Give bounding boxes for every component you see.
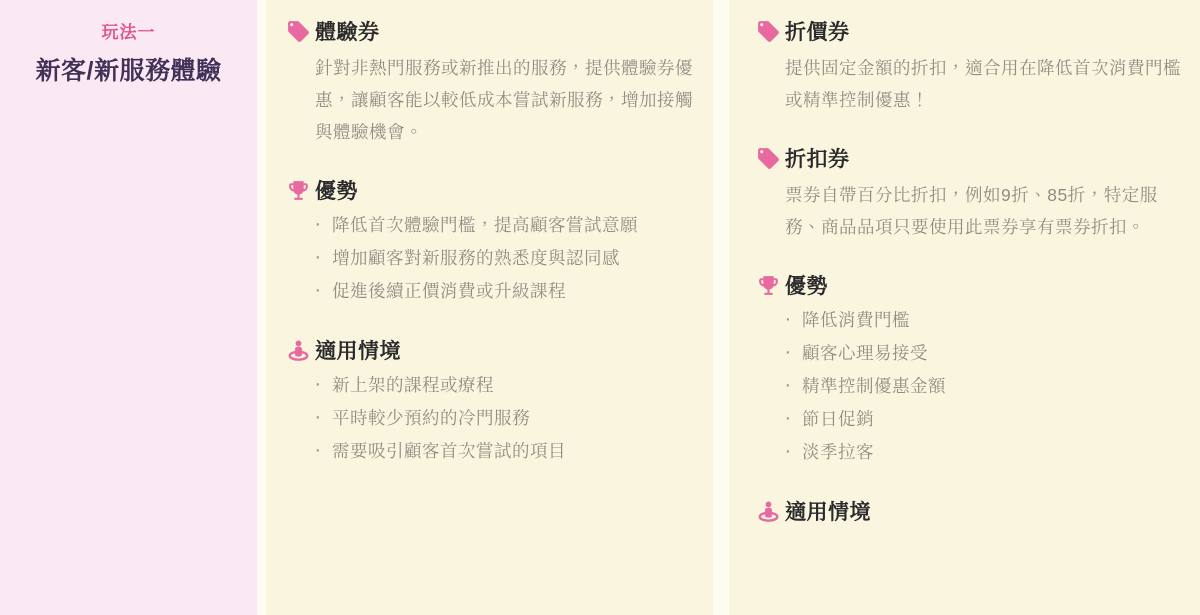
- list-item: ‧平時較少預約的冷門服務: [315, 402, 699, 435]
- list-item: ‧淡季拉客: [785, 436, 1186, 469]
- experience-voucher-column: 體驗券 針對非熱門服務或新推出的服務，提供體驗券優惠，讓顧客能以較低成本嘗試新服…: [266, 0, 713, 615]
- bullet-marker: ‧: [315, 242, 332, 275]
- tag-icon: [755, 145, 782, 172]
- person-pin-icon: [755, 498, 782, 525]
- section-experience-voucher: 體驗券 針對非熱門服務或新推出的服務，提供體驗券優惠，讓顧客能以較低成本嘗試新服…: [285, 16, 699, 148]
- bullet-marker: ‧: [315, 435, 332, 468]
- section-header: 適用情境: [285, 335, 699, 365]
- bullet-marker: ‧: [785, 436, 802, 469]
- section-advantages: 優勢 ‧降低消費門檻‧顧客心理易接受‧精準控制優惠金額‧節日促銷‧淡季拉客: [755, 270, 1186, 469]
- advantages-list: ‧降低消費門檻‧顧客心理易接受‧精準控制優惠金額‧節日促銷‧淡季拉客: [785, 304, 1186, 469]
- list-item-text: 促進後續正價消費或升級課程: [332, 275, 566, 308]
- section-paragraph: 提供固定金額的折扣，適合用在降低首次消費門檻或精準控制優惠！: [785, 52, 1186, 116]
- list-item: ‧增加顧客對新服務的熟悉度與認同感: [315, 242, 699, 275]
- list-item: ‧降低首次體驗門檻，提高顧客嘗試意願: [315, 209, 699, 242]
- section-advantages: 優勢 ‧降低首次體驗門檻，提高顧客嘗試意願‧增加顧客對新服務的熟悉度與認同感‧促…: [285, 175, 699, 308]
- playbook-title: 新客/新服務體驗: [0, 51, 257, 87]
- tag-icon: [285, 18, 312, 45]
- section-title: 優勢: [785, 270, 828, 300]
- bullet-marker: ‧: [315, 369, 332, 402]
- section-paragraph: 針對非熱門服務或新推出的服務，提供體驗券優惠，讓顧客能以較低成本嘗試新服務，增加…: [315, 52, 699, 148]
- list-item-text: 顧客心理易接受: [802, 337, 928, 370]
- list-item-text: 淡季拉客: [802, 436, 874, 469]
- list-item: ‧新上架的課程或療程: [315, 369, 699, 402]
- list-item-text: 精準控制優惠金額: [802, 370, 946, 403]
- section-percent-off-coupon: 折扣券 票券自帶百分比折扣，例如9折、85折，特定服務、商品品項只要使用此票券享…: [755, 143, 1186, 243]
- advantages-list: ‧降低首次體驗門檻，提高顧客嘗試意願‧增加顧客對新服務的熟悉度與認同感‧促進後續…: [315, 209, 699, 308]
- section-header: 折扣券: [755, 143, 1186, 173]
- bullet-marker: ‧: [315, 209, 332, 242]
- bullet-marker: ‧: [785, 370, 802, 403]
- section-header: 折價券: [755, 16, 1186, 46]
- bullet-marker: ‧: [785, 403, 802, 436]
- list-item-text: 新上架的課程或療程: [332, 369, 494, 402]
- list-item-text: 平時較少預約的冷門服務: [332, 402, 530, 435]
- section-paragraph: 票券自帶百分比折扣，例如9折、85折，特定服務、商品品項只要使用此票券享有票券折…: [785, 179, 1186, 243]
- section-title: 優勢: [315, 175, 358, 205]
- section-money-off-coupon: 折價券 提供固定金額的折扣，適合用在降低首次消費門檻或精準控制優惠！: [755, 16, 1186, 116]
- sidebar-panel: 玩法一 新客/新服務體驗: [0, 0, 257, 615]
- list-item-text: 需要吸引顧客首次嘗試的項目: [332, 435, 566, 468]
- list-item-text: 降低消費門檻: [802, 304, 910, 337]
- list-item: ‧促進後續正價消費或升級課程: [315, 275, 699, 308]
- section-title: 折價券: [785, 16, 850, 46]
- list-item-text: 增加顧客對新服務的熟悉度與認同感: [332, 242, 620, 275]
- list-item-text: 降低首次體驗門檻，提高顧客嘗試意願: [332, 209, 638, 242]
- section-use-cases: 適用情境 ‧新上架的課程或療程‧平時較少預約的冷門服務‧需要吸引顧客首次嘗試的項…: [285, 335, 699, 468]
- trophy-icon: [755, 272, 782, 299]
- section-title: 體驗券: [315, 16, 380, 46]
- person-pin-icon: [285, 337, 312, 364]
- list-item: ‧顧客心理易接受: [785, 337, 1186, 370]
- use-cases-list: ‧新上架的課程或療程‧平時較少預約的冷門服務‧需要吸引顧客首次嘗試的項目: [315, 369, 699, 468]
- bullet-marker: ‧: [785, 337, 802, 370]
- section-title: 折扣券: [785, 143, 850, 173]
- section-header: 優勢: [285, 175, 699, 205]
- list-item: ‧需要吸引顧客首次嘗試的項目: [315, 435, 699, 468]
- section-use-cases: 適用情境: [755, 496, 1186, 526]
- bullet-marker: ‧: [315, 402, 332, 435]
- list-item: ‧精準控制優惠金額: [785, 370, 1186, 403]
- discount-voucher-column: 折價券 提供固定金額的折扣，適合用在降低首次消費門檻或精準控制優惠！ 折扣券 票…: [729, 0, 1200, 615]
- section-header: 適用情境: [755, 496, 1186, 526]
- section-title: 適用情境: [785, 496, 871, 526]
- playbook-tagline: 玩法一: [0, 18, 257, 43]
- trophy-icon: [285, 177, 312, 204]
- section-header: 優勢: [755, 270, 1186, 300]
- list-item: ‧節日促銷: [785, 403, 1186, 436]
- list-item-text: 節日促銷: [802, 403, 874, 436]
- tag-icon: [755, 18, 782, 45]
- bullet-marker: ‧: [315, 275, 332, 308]
- section-title: 適用情境: [315, 335, 401, 365]
- bullet-marker: ‧: [785, 304, 802, 337]
- section-header: 體驗券: [285, 16, 699, 46]
- list-item: ‧降低消費門檻: [785, 304, 1186, 337]
